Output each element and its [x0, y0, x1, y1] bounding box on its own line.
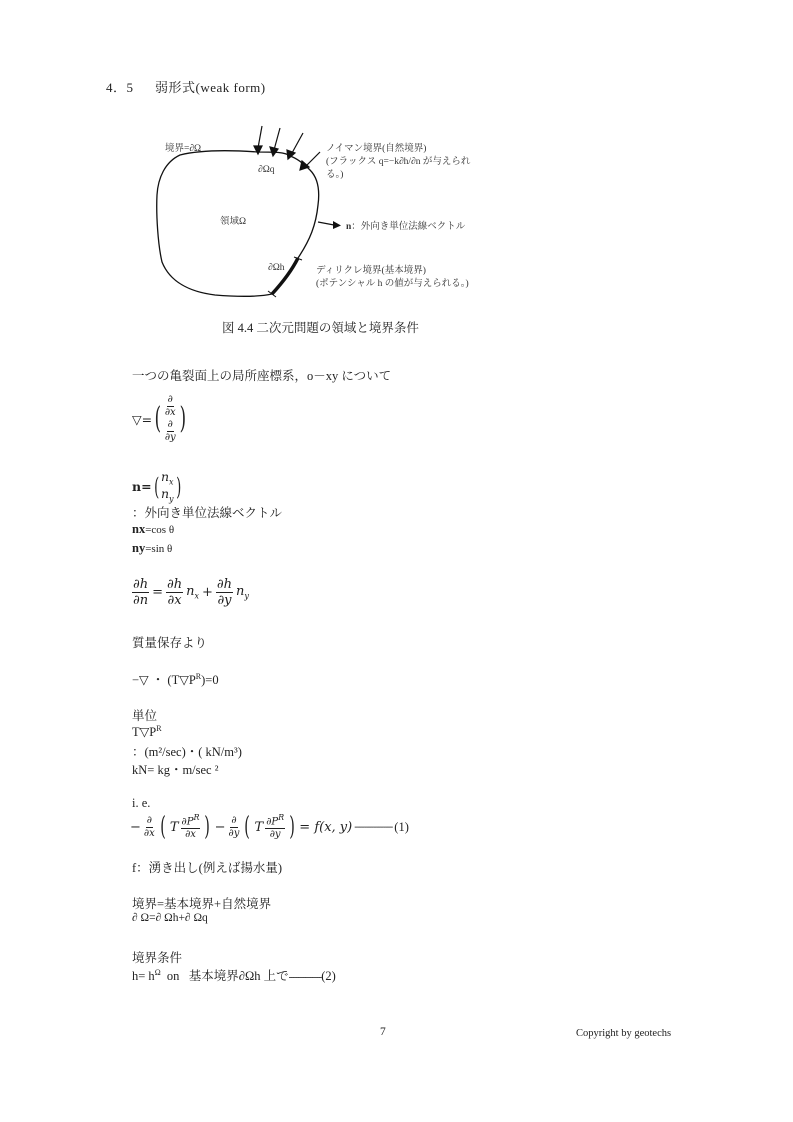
eq1-inner1-sup: R: [193, 813, 199, 822]
units-line1-pre: T▽P: [132, 725, 156, 739]
dd-plus: +: [202, 585, 213, 600]
dd-t2-den: ∂y: [216, 593, 232, 607]
units-label: 単位: [132, 706, 157, 724]
normal-row1: n: [161, 469, 169, 484]
eq1-d2-num: ∂: [230, 816, 237, 828]
domain-label: 領域Ω: [220, 213, 246, 227]
normal-row2-sub: y: [169, 494, 174, 503]
left-paren-icon: (: [160, 814, 166, 840]
source-definition: f：湧き出し(例えば揚水量): [132, 858, 282, 876]
dd-t1-sub: x: [195, 592, 200, 601]
nabla-row2-num: ∂: [167, 420, 174, 432]
right-paren-icon: ): [205, 814, 211, 840]
ny-definition: ny=sin θ: [132, 541, 172, 556]
bc-label: 境界条件: [132, 948, 182, 966]
eq1-minus1: −: [130, 820, 141, 835]
section-number: 4．5: [106, 80, 134, 95]
eq1-rhs: = f(x, y): [299, 820, 352, 835]
figure-domain-boundary: 境界=∂Ω ∂Ωq 領域Ω ∂Ωh ノイマン境界(自然境界) (フラックス q=…: [150, 120, 550, 305]
mass-conservation-label: 質量保存より: [132, 633, 207, 651]
eq1-inner2-sup: R: [278, 813, 284, 822]
neumann-boundary-desc: (フラックス q=−k∂h/∂n が与えられ: [326, 153, 470, 167]
eq1-number: (1): [394, 820, 409, 835]
units-line3: kN= kg・m/sec ²: [132, 760, 218, 778]
equation-1: − ∂∂x ( T ∂PR∂x ) − ∂∂y ( T ∂PR∂y ) = f(…: [130, 814, 409, 840]
neumann-boundary-desc-cont: る。): [326, 166, 343, 180]
intro-text: 一つの亀裂面上の局所座標系，o－xy について: [132, 366, 391, 384]
left-paren-icon: (: [155, 404, 161, 434]
left-paren-icon: (: [154, 475, 159, 499]
eq1-d1-num: ∂: [146, 816, 153, 828]
boundary-h-label: ∂Ωh: [268, 263, 285, 273]
dd-t2-num: ∂ℎ: [216, 578, 233, 593]
dd-lhs-den: ∂n: [132, 593, 149, 607]
eq1-d1-den: ∂x: [143, 828, 156, 839]
dd-t2-sub: y: [244, 592, 249, 601]
bc-mid: on 基本境界∂Ωh 上で: [161, 969, 289, 983]
boundary-split-label: 境界=基本境界+自然境界: [132, 894, 271, 912]
normal-row2: n: [161, 486, 169, 501]
eq1-inner2-num: ∂P: [266, 816, 278, 827]
bc-dash-leader: --------------: [289, 972, 322, 983]
ie-label: i. e.: [132, 796, 150, 811]
bc-number: (2): [321, 969, 336, 983]
dd-t1-n: n: [186, 584, 194, 599]
directional-derivative-equation: ∂ℎ∂n = ∂ℎ∂x nx + ∂ℎ∂y ny: [132, 578, 249, 607]
dd-lhs-num: ∂ℎ: [132, 578, 149, 593]
nx-value: =cos θ: [145, 524, 174, 536]
ny-label: ny: [132, 541, 145, 555]
normal-vector-label: n：外向き単位法線ベクトル: [346, 218, 465, 232]
nabla-row2-den: ∂y: [164, 432, 177, 443]
units-line1-sup: R: [156, 724, 161, 733]
mce-post: )=0: [201, 673, 218, 687]
dd-equals: =: [152, 585, 163, 600]
normal-vector: nx ny: [161, 470, 174, 503]
nabla-row1-den: ∂x: [164, 407, 177, 418]
eq1-T2: T: [255, 820, 264, 835]
section-heading: 4．5 弱形式(weak form): [106, 77, 266, 96]
ny-value: =sin θ: [145, 543, 172, 555]
eq1-T1: T: [170, 820, 179, 835]
eq1-minus2: −: [215, 820, 226, 835]
left-paren-icon: (: [245, 814, 251, 840]
normal-desc: ：外向き単位法線ベクトル: [132, 503, 282, 521]
units-line2: ：(m²/sec)・( kN/m³): [132, 742, 242, 760]
dirichlet-boundary-title: ディリクレ境界(基本境界): [316, 262, 426, 276]
normal-vector-desc: ：外向き単位法線ベクトル: [351, 222, 465, 232]
right-paren-icon: ): [289, 814, 295, 840]
right-paren-icon: ): [179, 404, 185, 434]
nabla-vector: ∂∂x ∂∂y: [164, 395, 177, 443]
bc-equation: h= hΩ on 基本境界∂Ωh 上で--------------(2): [132, 966, 336, 984]
eq1-dash-leader: ----------------: [354, 822, 392, 833]
dirichlet-boundary-desc: (ポテンシャル h の値が与えられる。): [316, 275, 469, 289]
units-line1: T▽PR: [132, 724, 162, 740]
boundary-label: 境界=∂Ω: [165, 140, 201, 154]
copyright: Copyright by geotechs: [576, 1028, 671, 1039]
nabla-lhs: ▽=: [132, 412, 152, 427]
eq1-inner1-den: ∂x: [184, 829, 197, 840]
boundary-q-label: ∂Ωq: [258, 165, 275, 175]
nx-label: nx: [132, 522, 145, 536]
eq1-inner2-den: ∂y: [269, 829, 282, 840]
neumann-boundary-title: ノイマン境界(自然境界): [326, 140, 426, 154]
bc-pre: h= h: [132, 969, 155, 983]
normal-definition: n= ( nx ny ): [132, 470, 183, 503]
normal-row1-sub: x: [169, 478, 174, 487]
mass-conservation-equation: −▽ ・ (T▽PR)=0: [132, 670, 219, 688]
right-paren-icon: ): [176, 475, 181, 499]
dd-t1-den: ∂x: [167, 593, 183, 607]
nabla-definition: ▽= ( ∂∂x ∂∂y ): [132, 395, 188, 443]
eq1-d2-den: ∂y: [228, 828, 241, 839]
eq1-inner1-num: ∂P: [182, 816, 194, 827]
page-number: 7: [380, 1026, 386, 1038]
mce-pre: −▽ ・ (T▽P: [132, 673, 196, 687]
dd-t1-num: ∂ℎ: [166, 578, 183, 593]
figure-caption: 図 4.4 二次元問題の領域と境界条件: [222, 318, 419, 336]
nx-definition: nx=cos θ: [132, 522, 174, 537]
normal-lhs: n=: [132, 479, 152, 494]
section-title: 弱形式(weak form): [155, 80, 266, 95]
boundary-split-equation: ∂ Ω=∂ Ωh+∂ Ωq: [132, 912, 208, 924]
nabla-row1-num: ∂: [167, 395, 174, 407]
